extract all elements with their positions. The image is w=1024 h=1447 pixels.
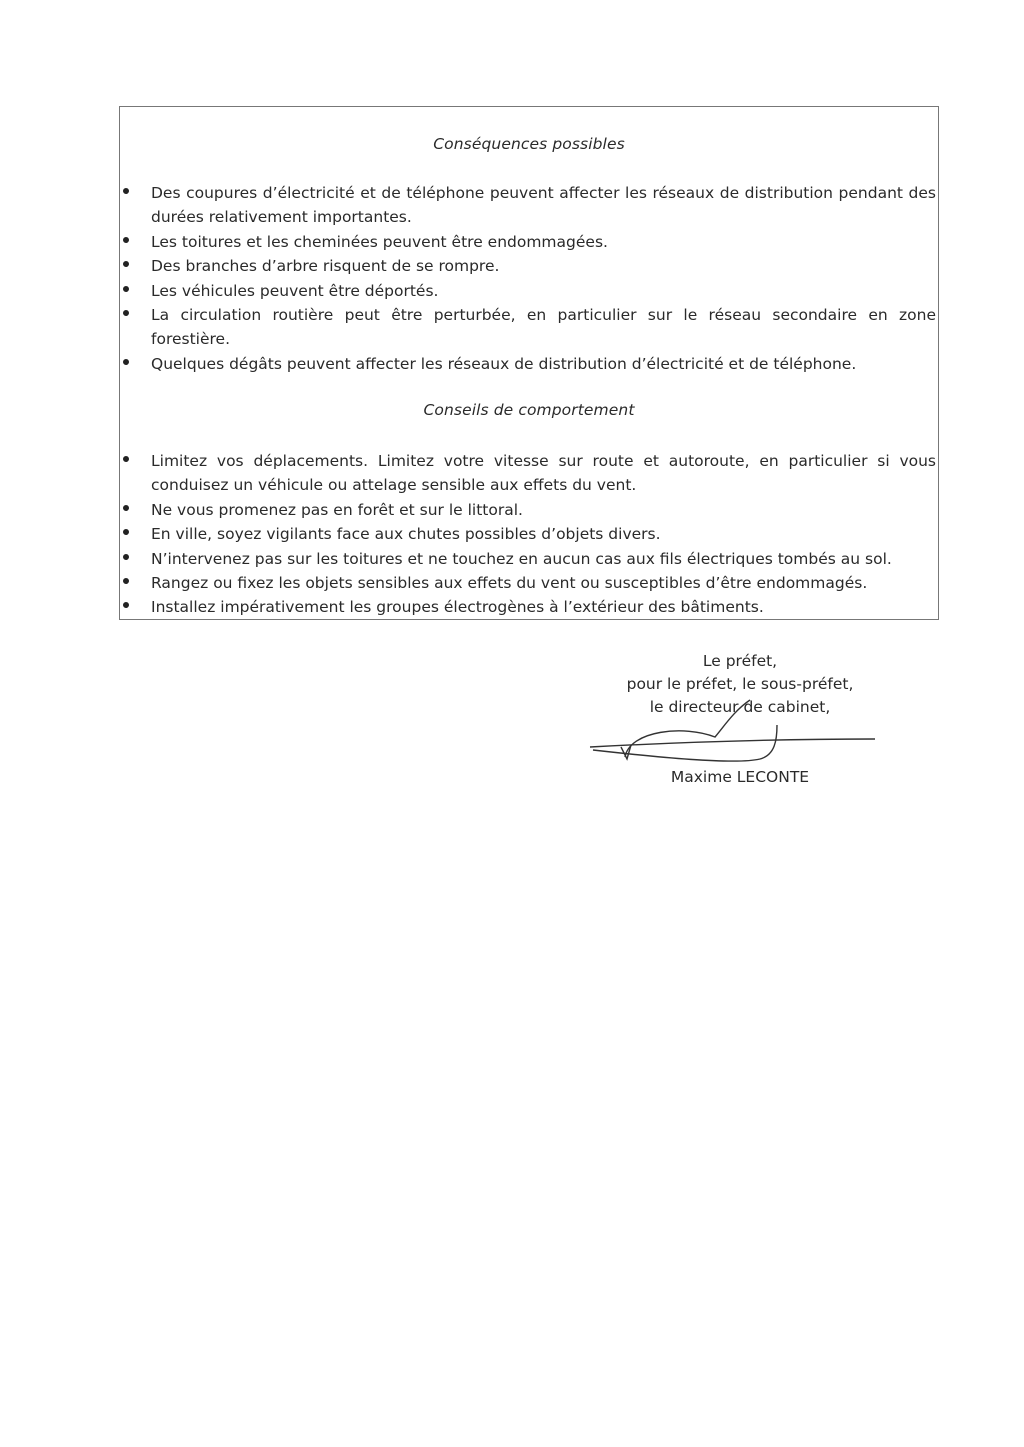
signatory-title: Le préfet,: [590, 650, 890, 673]
list-item: Limitez vos déplacements. Limitez votre …: [120, 449, 938, 498]
list-item: N’intervenez pas sur les toitures et ne …: [120, 547, 938, 571]
list-item: Les véhicules peuvent être déportés.: [120, 279, 938, 303]
list-item: Les toitures et les cheminées peuvent êt…: [120, 230, 938, 254]
list-item: La circulation routière peut être pertur…: [120, 303, 938, 352]
advisory-box: Conséquences possibles Des coupures d’él…: [119, 106, 939, 620]
signatory-name: Maxime LECONTE: [590, 768, 890, 786]
advice-title: Conseils de comportement: [120, 401, 938, 419]
consequences-list: Des coupures d’électricité et de télépho…: [120, 181, 938, 376]
signatory-delegation: pour le préfet, le sous-préfet,: [590, 673, 890, 696]
list-item: Rangez ou fixez les objets sensibles aux…: [120, 571, 938, 595]
advice-list: Limitez vos déplacements. Limitez votre …: [120, 449, 938, 620]
consequences-title: Conséquences possibles: [120, 135, 938, 153]
list-item: En ville, soyez vigilants face aux chute…: [120, 522, 938, 546]
list-item: Des coupures d’électricité et de télépho…: [120, 181, 938, 230]
handwritten-signature-icon: [585, 695, 885, 770]
list-item: Quelques dégâts peuvent affecter les rés…: [120, 352, 938, 376]
list-item: Des branches d’arbre risquent de se romp…: [120, 254, 938, 278]
list-item: Ne vous promenez pas en forêt et sur le …: [120, 498, 938, 522]
list-item: Installez impérativement les groupes éle…: [120, 595, 938, 619]
